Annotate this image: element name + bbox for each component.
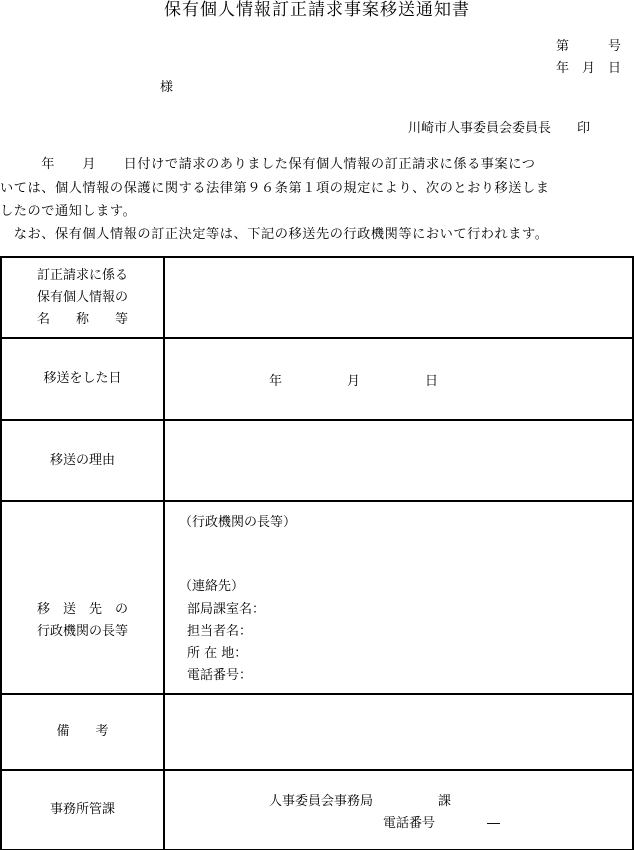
document-title: 保有個人情報訂正請求事案移送通知書: [0, 2, 634, 19]
label-line: 事務所管課: [2, 799, 163, 821]
row-transfer-date: 移送をした日 年 月 日: [1, 338, 633, 420]
transfer-form-table: 訂正請求に係る 保有個人情報の 名 称 等 移送をした日 年 月 日 移送の理由…: [0, 256, 634, 850]
label-office: 事務所管課: [1, 770, 164, 850]
label-destination: 移 送 先 の 行政機関の長等: [1, 501, 164, 694]
contact-dept-label: 部局課室名：: [187, 603, 265, 616]
transfer-date-value: 年 月 日: [269, 374, 438, 389]
row-transfer-reason: 移送の理由: [1, 420, 633, 501]
label-line: 移送の理由: [2, 450, 163, 472]
transfer-reason-field[interactable]: [164, 420, 633, 501]
label-line: 移送をした日: [2, 368, 163, 390]
record-name-field[interactable]: [164, 257, 633, 338]
office-field[interactable]: 人事委員会事務局 課 電話番号 ―: [164, 770, 633, 850]
contact-label: （連絡先）: [179, 580, 244, 593]
transfer-date-field[interactable]: 年 月 日: [164, 338, 633, 420]
label-line: 備 考: [2, 721, 163, 743]
office-name: 人事委員会事務局 課: [269, 795, 451, 808]
body-line-3: したので通知します。: [0, 205, 136, 218]
label-line: 訂正請求に係る: [2, 265, 163, 287]
document-number: 第 号: [556, 40, 621, 53]
row-destination: 移 送 先 の 行政機関の長等 （行政機関の長等） （連絡先） 部局課室名： 担…: [1, 501, 633, 694]
contact-phone-label: 電話番号：: [187, 669, 252, 682]
contact-person-label: 担当者名：: [187, 625, 252, 638]
addressee-suffix: 様: [160, 81, 173, 94]
label-line: 保有個人情報の: [2, 287, 163, 309]
row-remarks: 備 考: [1, 694, 633, 770]
issuer-name: 川崎市人事委員会委員長 印: [408, 122, 590, 135]
row-office: 事務所管課 人事委員会事務局 課 電話番号 ―: [1, 770, 633, 850]
remarks-field[interactable]: [164, 694, 633, 770]
body-line-4: なお、保有個人情報の訂正決定等は、下記の移送先の行政機関等において行われます。: [0, 228, 548, 241]
row-record-name: 訂正請求に係る 保有個人情報の 名 称 等: [1, 257, 633, 338]
document-date: 年 月 日: [556, 62, 621, 75]
label-line: 名 称 等: [2, 309, 163, 331]
office-phone: 電話番号 ―: [383, 817, 500, 830]
destination-field[interactable]: （行政機関の長等） （連絡先） 部局課室名： 担当者名： 所 在 地： 電話番号…: [164, 501, 633, 694]
label-transfer-reason: 移送の理由: [1, 420, 164, 501]
label-record-name: 訂正請求に係る 保有個人情報の 名 称 等: [1, 257, 164, 338]
body-line-1: 年 月 日付けで請求のありました保有個人情報の訂正請求に係る事案につ: [0, 158, 536, 171]
label-line: 移 送 先 の: [2, 599, 163, 621]
contact-address-label: 所 在 地：: [187, 647, 247, 660]
label-transfer-date: 移送をした日: [1, 338, 164, 420]
label-line: 行政機関の長等: [2, 621, 163, 643]
label-remarks: 備 考: [1, 694, 164, 770]
body-line-2: いては、個人情報の保護に関する法律第９６条第１項の規定により、次のとおり移送しま: [0, 182, 550, 195]
destination-head-label: （行政機関の長等）: [179, 516, 296, 529]
